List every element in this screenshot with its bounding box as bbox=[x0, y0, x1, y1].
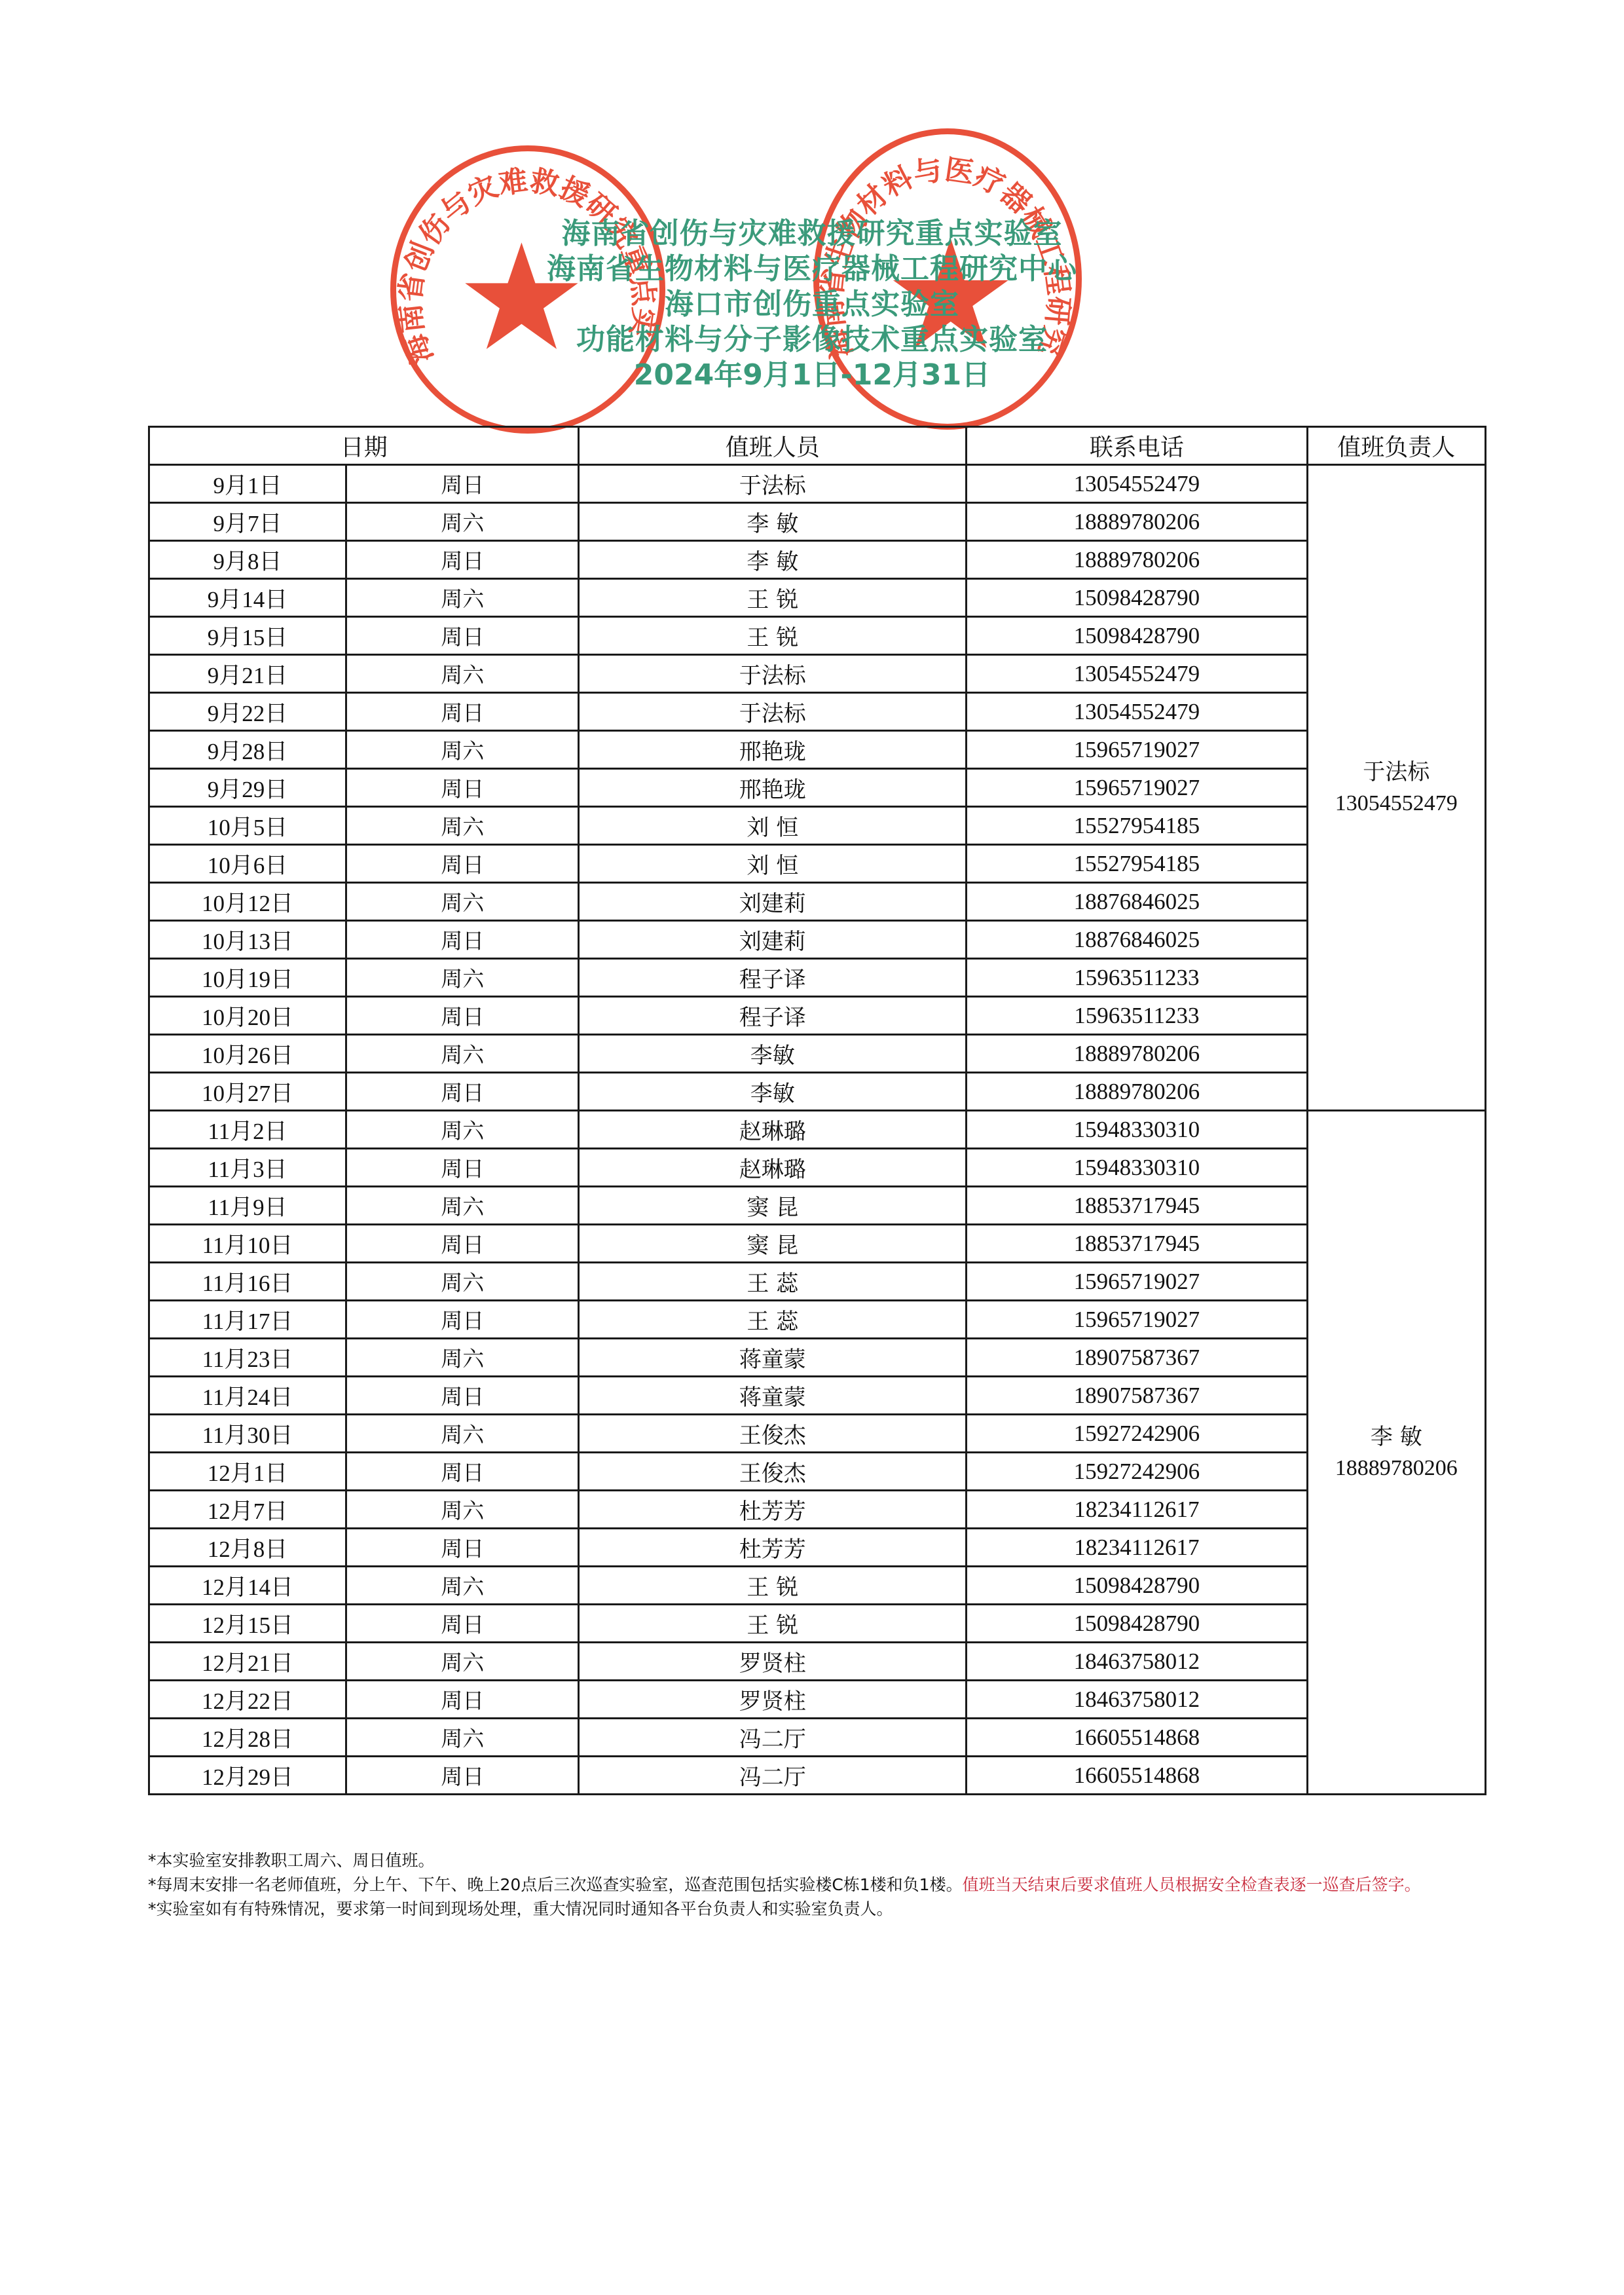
row-phone: 18907587367 bbox=[967, 1339, 1307, 1377]
row-weekday: 周日 bbox=[346, 693, 579, 731]
row-staff-name: 王 蕊 bbox=[579, 1263, 967, 1301]
row-date: 10月6日 bbox=[149, 845, 346, 883]
row-phone: 16605514868 bbox=[967, 1719, 1307, 1757]
table-row: 11月23日周六蒋童蒙18907587367 bbox=[149, 1339, 1486, 1377]
row-phone: 18889780206 bbox=[967, 1073, 1307, 1111]
row-staff-name: 刘 恒 bbox=[579, 807, 967, 845]
row-weekday: 周日 bbox=[346, 465, 579, 503]
row-weekday: 周日 bbox=[346, 1453, 579, 1491]
row-weekday: 周六 bbox=[346, 731, 579, 769]
row-date: 11月10日 bbox=[149, 1225, 346, 1263]
row-date: 11月17日 bbox=[149, 1301, 346, 1339]
row-date: 12月29日 bbox=[149, 1757, 346, 1795]
row-weekday: 周日 bbox=[346, 921, 579, 959]
row-weekday: 周六 bbox=[346, 883, 579, 921]
row-weekday: 周日 bbox=[346, 1301, 579, 1339]
row-phone: 15963511233 bbox=[967, 959, 1307, 997]
row-staff-name: 杜芳芳 bbox=[579, 1529, 967, 1567]
row-weekday: 周日 bbox=[346, 1225, 579, 1263]
row-date: 12月8日 bbox=[149, 1529, 346, 1567]
row-date: 11月9日 bbox=[149, 1187, 346, 1225]
row-weekday: 周日 bbox=[346, 1681, 579, 1719]
row-date: 12月7日 bbox=[149, 1491, 346, 1529]
row-weekday: 周六 bbox=[346, 1111, 579, 1149]
row-phone: 15098428790 bbox=[967, 1567, 1307, 1605]
table-row: 11月24日周日蒋童蒙18907587367 bbox=[149, 1377, 1486, 1415]
row-date: 11月23日 bbox=[149, 1339, 346, 1377]
note-2-highlight: 值班当天结束后要求值班人员根据安全检查表逐一巡查后签字。 bbox=[963, 1875, 1421, 1894]
table-row: 9月8日周日李 敏18889780206 bbox=[149, 541, 1486, 579]
title-line-2: 海南省生物材料与医疗器械工程研究中心 bbox=[0, 252, 1624, 287]
row-date: 11月2日 bbox=[149, 1111, 346, 1149]
row-weekday: 周日 bbox=[346, 617, 579, 655]
row-date: 12月21日 bbox=[149, 1643, 346, 1681]
row-phone: 18463758012 bbox=[967, 1643, 1307, 1681]
row-weekday: 周日 bbox=[346, 997, 579, 1035]
row-phone: 13054552479 bbox=[967, 655, 1307, 693]
row-weekday: 周日 bbox=[346, 541, 579, 579]
table-row: 12月22日周日罗贤柱18463758012 bbox=[149, 1681, 1486, 1719]
row-staff-name: 李敏 bbox=[579, 1035, 967, 1073]
row-staff-name: 窦 昆 bbox=[579, 1187, 967, 1225]
row-staff-name: 李敏 bbox=[579, 1073, 967, 1111]
row-weekday: 周六 bbox=[346, 1643, 579, 1681]
table-row: 9月15日周日王 锐15098428790 bbox=[149, 617, 1486, 655]
row-phone: 18876846025 bbox=[967, 883, 1307, 921]
table-row: 9月29日周日邢艳珑15965719027 bbox=[149, 769, 1486, 807]
row-weekday: 周六 bbox=[346, 1035, 579, 1073]
row-phone: 15965719027 bbox=[967, 1301, 1307, 1339]
note-3: *实验室如有有特殊情况，要求第一时间到现场处理，重大情况同时通知各平台负责人和实… bbox=[148, 1897, 1490, 1921]
row-phone: 15927242906 bbox=[967, 1415, 1307, 1453]
footnotes: *本实验室安排教职工周六、周日值班。 *每周末安排一名老师值班，分上午、下午、晚… bbox=[148, 1848, 1490, 1921]
row-weekday: 周六 bbox=[346, 655, 579, 693]
row-date: 10月20日 bbox=[149, 997, 346, 1035]
table-row: 10月12日周六刘建莉18876846025 bbox=[149, 883, 1486, 921]
row-date: 10月19日 bbox=[149, 959, 346, 997]
row-phone: 15948330310 bbox=[967, 1111, 1307, 1149]
row-date: 9月1日 bbox=[149, 465, 346, 503]
row-date: 12月14日 bbox=[149, 1567, 346, 1605]
row-weekday: 周日 bbox=[346, 845, 579, 883]
row-staff-name: 邢艳珑 bbox=[579, 731, 967, 769]
table-row: 12月15日周日王 锐15098428790 bbox=[149, 1605, 1486, 1643]
row-weekday: 周六 bbox=[346, 1567, 579, 1605]
row-weekday: 周六 bbox=[346, 1415, 579, 1453]
row-phone: 15098428790 bbox=[967, 1605, 1307, 1643]
row-staff-name: 王 锐 bbox=[579, 1605, 967, 1643]
table-row: 11月17日周日王 蕊15965719027 bbox=[149, 1301, 1486, 1339]
header-staff: 值班人员 bbox=[579, 427, 967, 465]
row-weekday: 周日 bbox=[346, 1073, 579, 1111]
row-weekday: 周六 bbox=[346, 959, 579, 997]
row-staff-name: 刘 恒 bbox=[579, 845, 967, 883]
row-staff-name: 罗贤柱 bbox=[579, 1643, 967, 1681]
row-weekday: 周六 bbox=[346, 1187, 579, 1225]
table-row: 12月29日周日冯二厅16605514868 bbox=[149, 1757, 1486, 1795]
title-line-1: 海南省创伤与灾难救援研究重点实验室 bbox=[0, 216, 1624, 252]
row-date: 10月5日 bbox=[149, 807, 346, 845]
row-phone: 18889780206 bbox=[967, 1035, 1307, 1073]
row-date: 12月15日 bbox=[149, 1605, 346, 1643]
row-staff-name: 程子译 bbox=[579, 997, 967, 1035]
row-phone: 15527954185 bbox=[967, 807, 1307, 845]
row-staff-name: 王俊杰 bbox=[579, 1415, 967, 1453]
table-row: 10月27日周日李敏18889780206 bbox=[149, 1073, 1486, 1111]
row-phone: 18889780206 bbox=[967, 503, 1307, 541]
header-date: 日期 bbox=[149, 427, 579, 465]
table-header-row: 日期 值班人员 联系电话 值班负责人 bbox=[149, 427, 1486, 465]
row-staff-name: 程子译 bbox=[579, 959, 967, 997]
row-weekday: 周六 bbox=[346, 1491, 579, 1529]
header-supervisor: 值班负责人 bbox=[1307, 427, 1485, 465]
note-1: *本实验室安排教职工周六、周日值班。 bbox=[148, 1848, 1490, 1873]
row-date: 11月3日 bbox=[149, 1149, 346, 1187]
supervisor-phone: 13054552479 bbox=[1308, 788, 1485, 819]
table-row: 12月21日周六罗贤柱18463758012 bbox=[149, 1643, 1486, 1681]
row-weekday: 周日 bbox=[346, 1529, 579, 1567]
table-row: 12月8日周日杜芳芳18234112617 bbox=[149, 1529, 1486, 1567]
row-date: 9月22日 bbox=[149, 693, 346, 731]
row-date: 12月22日 bbox=[149, 1681, 346, 1719]
note-2: *每周末安排一名老师值班，分上午、下午、晚上20点后三次巡查实验室，巡查范围包括… bbox=[148, 1873, 1490, 1897]
row-phone: 15098428790 bbox=[967, 579, 1307, 617]
row-date: 10月26日 bbox=[149, 1035, 346, 1073]
row-phone: 18889780206 bbox=[967, 541, 1307, 579]
date-range: 2024年9月1日-12月31日 bbox=[0, 358, 1624, 393]
title-line-3: 海口市创伤重点实验室 bbox=[0, 287, 1624, 322]
row-date: 11月24日 bbox=[149, 1377, 346, 1415]
row-staff-name: 刘建莉 bbox=[579, 883, 967, 921]
row-weekday: 周六 bbox=[346, 1263, 579, 1301]
table-body: 9月1日周日于法标13054552479于法标130545524799月7日周六… bbox=[149, 465, 1486, 1795]
row-date: 12月1日 bbox=[149, 1453, 346, 1491]
row-date: 9月7日 bbox=[149, 503, 346, 541]
row-phone: 18853717945 bbox=[967, 1225, 1307, 1263]
row-staff-name: 杜芳芳 bbox=[579, 1491, 967, 1529]
table-row: 11月2日周六赵琳璐15948330310李 敏18889780206 bbox=[149, 1111, 1486, 1149]
row-date: 12月28日 bbox=[149, 1719, 346, 1757]
row-weekday: 周六 bbox=[346, 503, 579, 541]
table-row: 11月9日周六窦 昆18853717945 bbox=[149, 1187, 1486, 1225]
row-phone: 18876846025 bbox=[967, 921, 1307, 959]
row-date: 9月28日 bbox=[149, 731, 346, 769]
row-phone: 18463758012 bbox=[967, 1681, 1307, 1719]
row-phone: 15965719027 bbox=[967, 1263, 1307, 1301]
row-staff-name: 罗贤柱 bbox=[579, 1681, 967, 1719]
row-staff-name: 蒋童蒙 bbox=[579, 1339, 967, 1377]
row-phone: 15098428790 bbox=[967, 617, 1307, 655]
row-date: 10月13日 bbox=[149, 921, 346, 959]
table-row: 12月7日周六杜芳芳18234112617 bbox=[149, 1491, 1486, 1529]
row-phone: 15948330310 bbox=[967, 1149, 1307, 1187]
row-weekday: 周日 bbox=[346, 1149, 579, 1187]
row-weekday: 周六 bbox=[346, 1339, 579, 1377]
table-row: 11月10日周日窦 昆18853717945 bbox=[149, 1225, 1486, 1263]
table-row: 12月1日周日王俊杰15927242906 bbox=[149, 1453, 1486, 1491]
row-phone: 18853717945 bbox=[967, 1187, 1307, 1225]
table-row: 10月19日周六程子译15963511233 bbox=[149, 959, 1486, 997]
row-staff-name: 于法标 bbox=[579, 693, 967, 731]
document-title: 海南省创伤与灾难救援研究重点实验室 海南省生物材料与医疗器械工程研究中心 海口市… bbox=[0, 216, 1624, 393]
supervisor-name: 于法标 bbox=[1308, 756, 1485, 788]
row-staff-name: 蒋童蒙 bbox=[579, 1377, 967, 1415]
table-row: 9月14日周六王 锐15098428790 bbox=[149, 579, 1486, 617]
row-phone: 16605514868 bbox=[967, 1757, 1307, 1795]
row-date: 9月21日 bbox=[149, 655, 346, 693]
row-staff-name: 李 敏 bbox=[579, 503, 967, 541]
table-row: 11月16日周六王 蕊15965719027 bbox=[149, 1263, 1486, 1301]
row-staff-name: 王 锐 bbox=[579, 1567, 967, 1605]
row-date: 10月27日 bbox=[149, 1073, 346, 1111]
table-row: 9月22日周日于法标13054552479 bbox=[149, 693, 1486, 731]
row-phone: 13054552479 bbox=[967, 465, 1307, 503]
table-row: 10月6日周日刘 恒15527954185 bbox=[149, 845, 1486, 883]
row-weekday: 周日 bbox=[346, 1377, 579, 1415]
table-row: 9月28日周六邢艳珑15965719027 bbox=[149, 731, 1486, 769]
row-staff-name: 赵琳璐 bbox=[579, 1149, 967, 1187]
row-phone: 13054552479 bbox=[967, 693, 1307, 731]
supervisor-cell: 于法标13054552479 bbox=[1307, 465, 1485, 1111]
row-phone: 15965719027 bbox=[967, 731, 1307, 769]
duty-roster-table: 日期 值班人员 联系电话 值班负责人 9月1日周日于法标13054552479于… bbox=[148, 426, 1486, 1795]
supervisor-cell: 李 敏18889780206 bbox=[1307, 1111, 1485, 1795]
row-phone: 15527954185 bbox=[967, 845, 1307, 883]
table-row: 11月3日周日赵琳璐15948330310 bbox=[149, 1149, 1486, 1187]
table-row: 11月30日周六王俊杰15927242906 bbox=[149, 1415, 1486, 1453]
row-phone: 18234112617 bbox=[967, 1529, 1307, 1567]
row-weekday: 周日 bbox=[346, 769, 579, 807]
row-staff-name: 于法标 bbox=[579, 655, 967, 693]
table-row: 10月26日周六李敏18889780206 bbox=[149, 1035, 1486, 1073]
row-weekday: 周日 bbox=[346, 1757, 579, 1795]
row-weekday: 周六 bbox=[346, 579, 579, 617]
row-staff-name: 于法标 bbox=[579, 465, 967, 503]
row-staff-name: 窦 昆 bbox=[579, 1225, 967, 1263]
row-staff-name: 王俊杰 bbox=[579, 1453, 967, 1491]
row-staff-name: 王 锐 bbox=[579, 579, 967, 617]
row-phone: 18907587367 bbox=[967, 1377, 1307, 1415]
row-date: 9月8日 bbox=[149, 541, 346, 579]
row-staff-name: 王 锐 bbox=[579, 617, 967, 655]
row-phone: 15965719027 bbox=[967, 769, 1307, 807]
row-date: 11月30日 bbox=[149, 1415, 346, 1453]
row-weekday: 周六 bbox=[346, 1719, 579, 1757]
row-date: 9月29日 bbox=[149, 769, 346, 807]
row-weekday: 周六 bbox=[346, 807, 579, 845]
row-staff-name: 冯二厅 bbox=[579, 1757, 967, 1795]
row-staff-name: 邢艳珑 bbox=[579, 769, 967, 807]
supervisor-phone: 18889780206 bbox=[1308, 1453, 1485, 1484]
row-date: 9月14日 bbox=[149, 579, 346, 617]
title-line-4: 功能材料与分子影像技术重点实验室 bbox=[0, 322, 1624, 358]
table-row: 12月14日周六王 锐15098428790 bbox=[149, 1567, 1486, 1605]
row-phone: 15963511233 bbox=[967, 997, 1307, 1035]
row-date: 10月12日 bbox=[149, 883, 346, 921]
row-staff-name: 刘建莉 bbox=[579, 921, 967, 959]
table-row: 9月7日周六李 敏18889780206 bbox=[149, 503, 1486, 541]
row-staff-name: 赵琳璐 bbox=[579, 1111, 967, 1149]
table-row: 9月1日周日于法标13054552479于法标13054552479 bbox=[149, 465, 1486, 503]
row-phone: 18234112617 bbox=[967, 1491, 1307, 1529]
row-date: 11月16日 bbox=[149, 1263, 346, 1301]
row-staff-name: 王 蕊 bbox=[579, 1301, 967, 1339]
row-staff-name: 李 敏 bbox=[579, 541, 967, 579]
table-row: 12月28日周六冯二厅16605514868 bbox=[149, 1719, 1486, 1757]
table-row: 10月20日周日程子译15963511233 bbox=[149, 997, 1486, 1035]
supervisor-name: 李 敏 bbox=[1308, 1421, 1485, 1453]
row-staff-name: 冯二厅 bbox=[579, 1719, 967, 1757]
table-row: 9月21日周六于法标13054552479 bbox=[149, 655, 1486, 693]
row-date: 9月15日 bbox=[149, 617, 346, 655]
table-row: 10月5日周六刘 恒15527954185 bbox=[149, 807, 1486, 845]
row-phone: 15927242906 bbox=[967, 1453, 1307, 1491]
header-phone: 联系电话 bbox=[967, 427, 1307, 465]
row-weekday: 周日 bbox=[346, 1605, 579, 1643]
table-row: 10月13日周日刘建莉18876846025 bbox=[149, 921, 1486, 959]
